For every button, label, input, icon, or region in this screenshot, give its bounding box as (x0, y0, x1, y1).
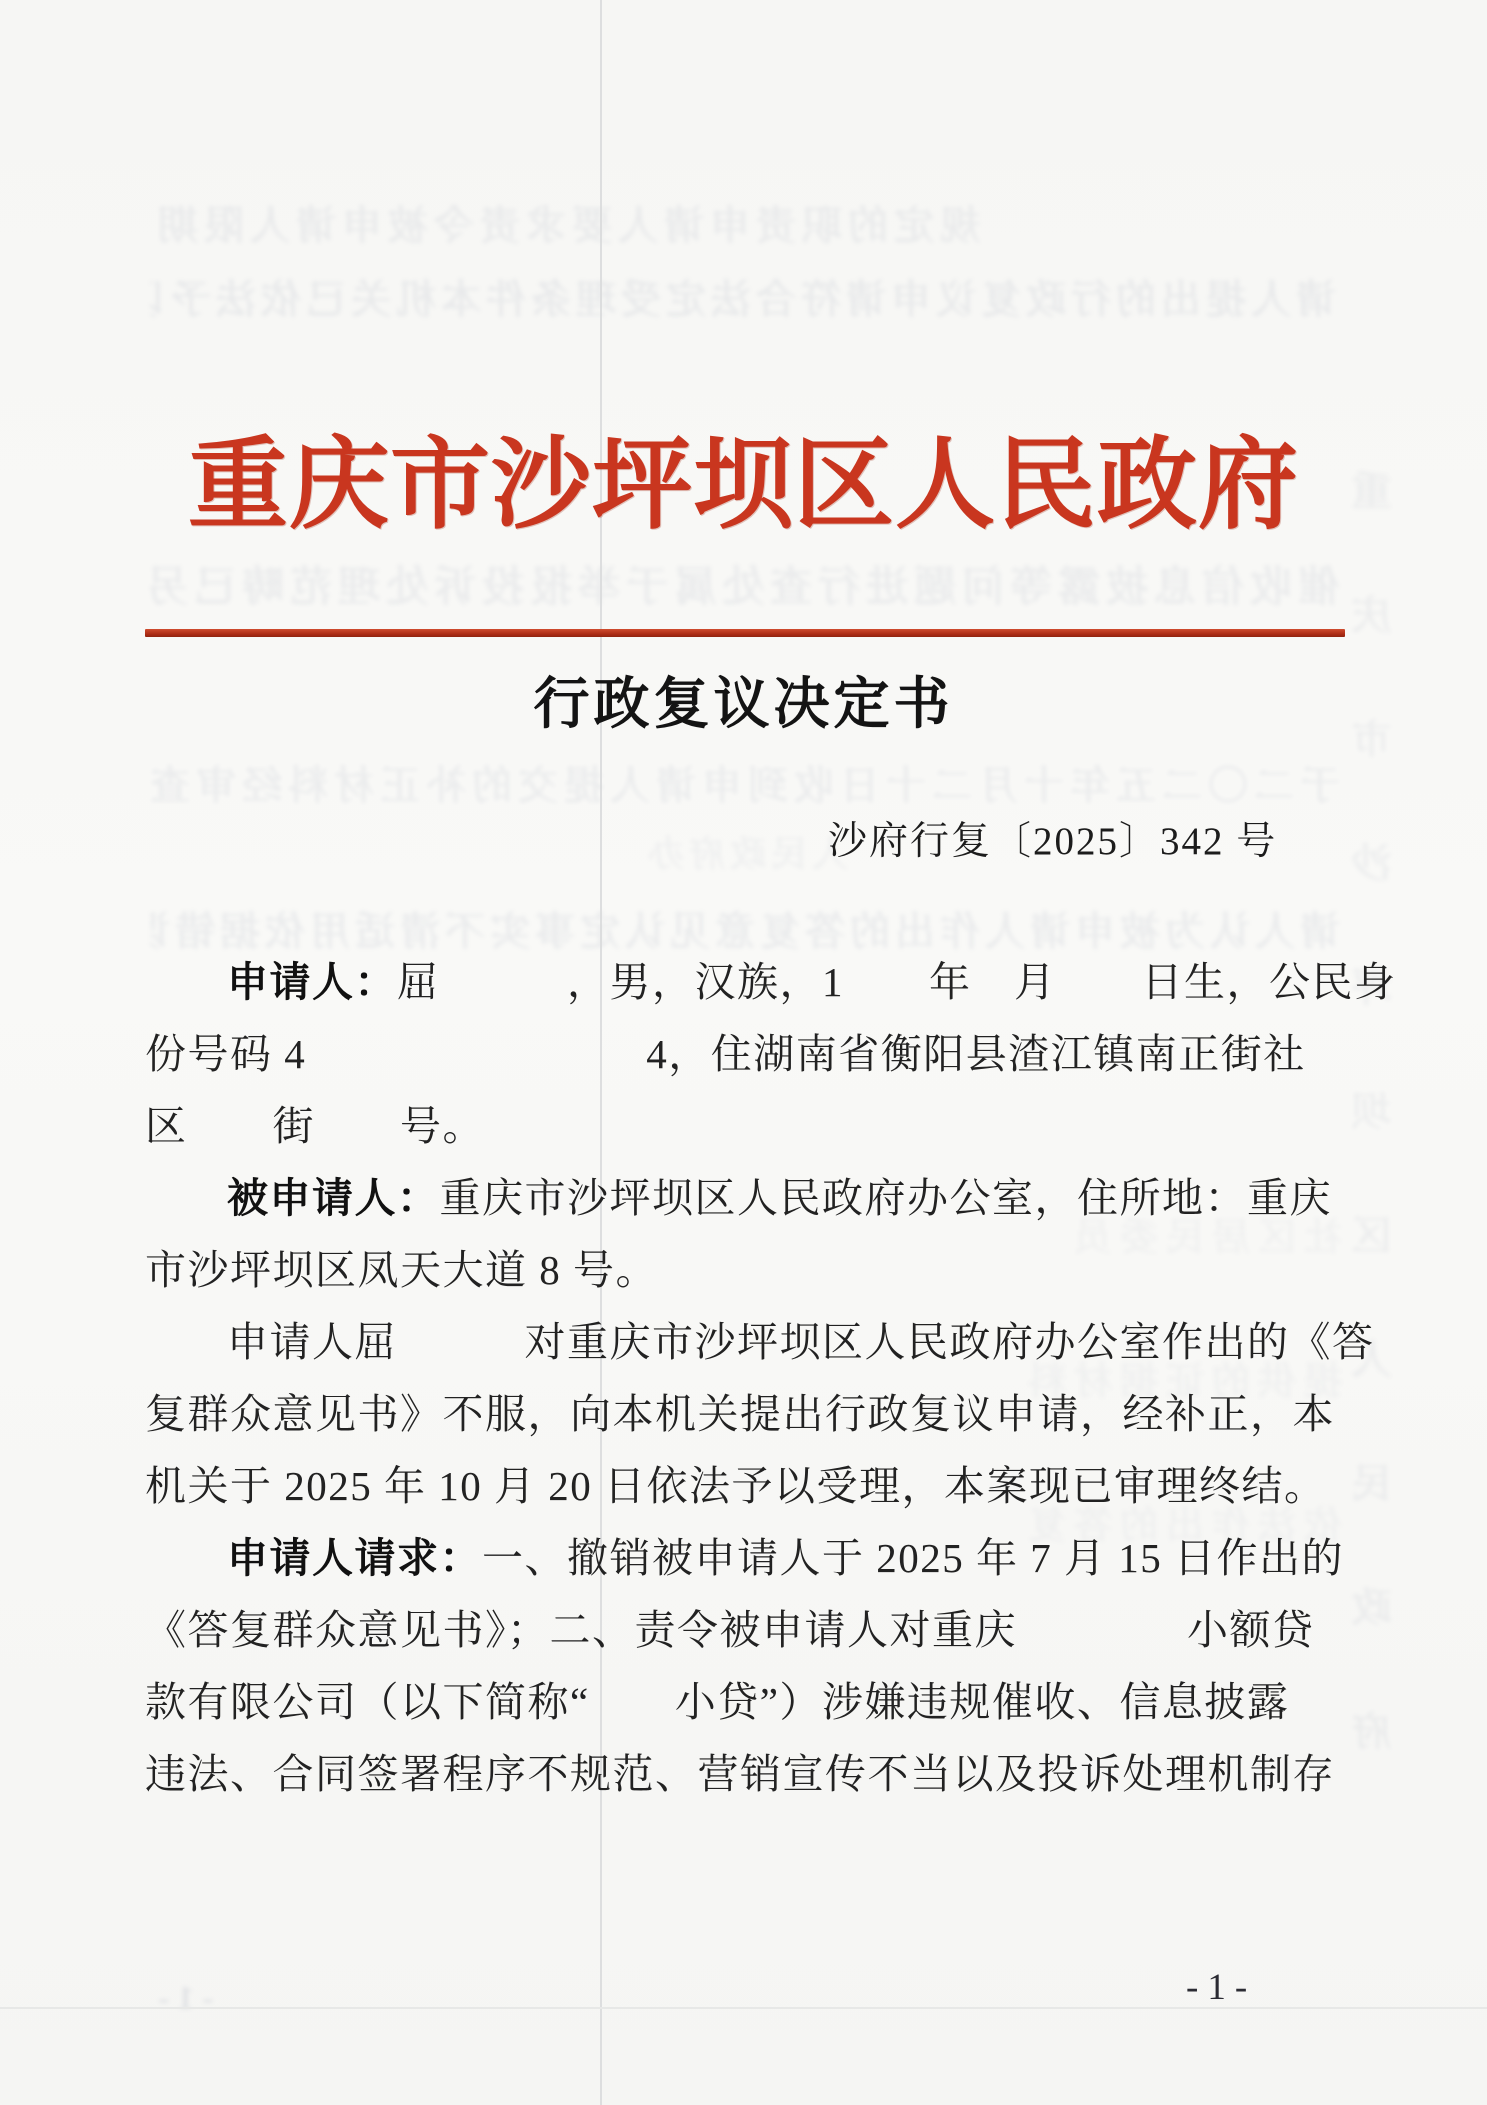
body-line: 《答复群众意见书》；二、责令被申请人对重庆 小额贷 (145, 1594, 1355, 1666)
scanned-document-page: 规定的职责申请人要求责令被申请人限期履行法定职 请人提出的行政复议申请符合法定受… (0, 0, 1487, 2105)
line-bold-label: 申请人请求： (227, 1535, 482, 1581)
bleedthrough-text: 请人提出的行政复议申请符合法定受理条件本机关已依法予以受理并将 (150, 268, 1336, 325)
line-text: 市沙坪坝区凤天大道 8 号。 (145, 1247, 658, 1293)
line-text: 重庆市沙坪坝区人民政府办公室，住所地：重庆 (440, 1175, 1333, 1221)
bleedthrough-text: 人民政府办 (598, 826, 848, 877)
body-line: 申请人：屈 ，男，汉族，1 年 月 日生，公民身 (145, 946, 1355, 1018)
body-line: 份号码 4 4，住湖南省衡阳县渣江镇南正街社 (145, 1018, 1355, 1090)
line-bold-label: 被申请人： (227, 1175, 440, 1221)
line-text: 份号码 4 4，住湖南省衡阳县渣江镇南正街社 (145, 1031, 1306, 1077)
issuer-title: 重庆市沙坪坝区人民政府 (0, 430, 1487, 542)
body-line: 违法、合同签署程序不规范、营销宣传不当以及投诉处理机制存 (145, 1738, 1355, 1810)
body-line: 款有限公司（以下简称“ 小贷”）涉嫌违规催收、信息披露 (145, 1666, 1355, 1738)
red-divider-rule (145, 629, 1345, 637)
body-line: 市沙坪坝区凤天大道 8 号。 (145, 1234, 1355, 1306)
body-line: 申请人屈 对重庆市沙坪坝区人民政府办公室作出的《答 (145, 1306, 1355, 1378)
bleedthrough-text: 催收信息披露等问题进行查处属于举报投诉处理范畴已另行告知申 (150, 554, 1340, 614)
line-text: 申请人屈 对重庆市沙坪坝区人民政府办公室作出的《答 (227, 1319, 1375, 1365)
body-line: 区 街 号。 (145, 1090, 1355, 1162)
bleedthrough-page-number: -1- (150, 1980, 214, 2018)
line-text: 一、撤销被申请人于 2025 年 7 月 15 日作出的 (482, 1535, 1344, 1581)
line-text: 款有限公司（以下简称“ 小贷”）涉嫌违规催收、信息披露 (145, 1679, 1289, 1725)
line-text: 区 街 号。 (145, 1103, 485, 1149)
line-text: 《答复群众意见书》；二、责令被申请人对重庆 小额贷 (145, 1607, 1315, 1653)
document-number: 沙府行复〔2025〕342 号 (828, 810, 1277, 866)
line-bold-label: 申请人： (227, 959, 397, 1005)
body-line: 复群众意见书》不服，向本机关提出行政复议申请，经补正，本 (145, 1378, 1355, 1450)
body-line: 申请人请求：一、撤销被申请人于 2025 年 7 月 15 日作出的 (145, 1522, 1355, 1594)
bleedthrough-text: 于二〇二五年十月二十日收到申请人提交的补正材料经审查本机关认 (150, 754, 1340, 811)
body-line: 机关于 2025 年 10 月 20 日依法予以受理，本案现已审理终结。 (145, 1450, 1355, 1522)
line-text: 违法、合同签署程序不规范、营销宣传不当以及投诉处理机制存 (145, 1751, 1335, 1797)
bleedthrough-text: 规定的职责申请人要求责令被申请人限期履行法定职 (152, 194, 980, 251)
line-text: 屈 ，男，汉族，1 年 月 日生，公民身 (397, 959, 1397, 1005)
body-line: 被申请人：重庆市沙坪坝区人民政府办公室，住所地：重庆 (145, 1162, 1355, 1234)
document-body: 申请人：屈 ，男，汉族，1 年 月 日生，公民身 份号码 4 4，住湖南省衡阳县… (145, 946, 1355, 1810)
line-text: 复群众意见书》不服，向本机关提出行政复议申请，经补正，本 (145, 1391, 1335, 1437)
scan-band-line (0, 2007, 1487, 2009)
line-text: 机关于 2025 年 10 月 20 日依法予以受理，本案现已审理终结。 (145, 1463, 1327, 1509)
page-number: -1- (1186, 1966, 1256, 2009)
document-type-title: 行政复议决定书 (0, 660, 1487, 740)
